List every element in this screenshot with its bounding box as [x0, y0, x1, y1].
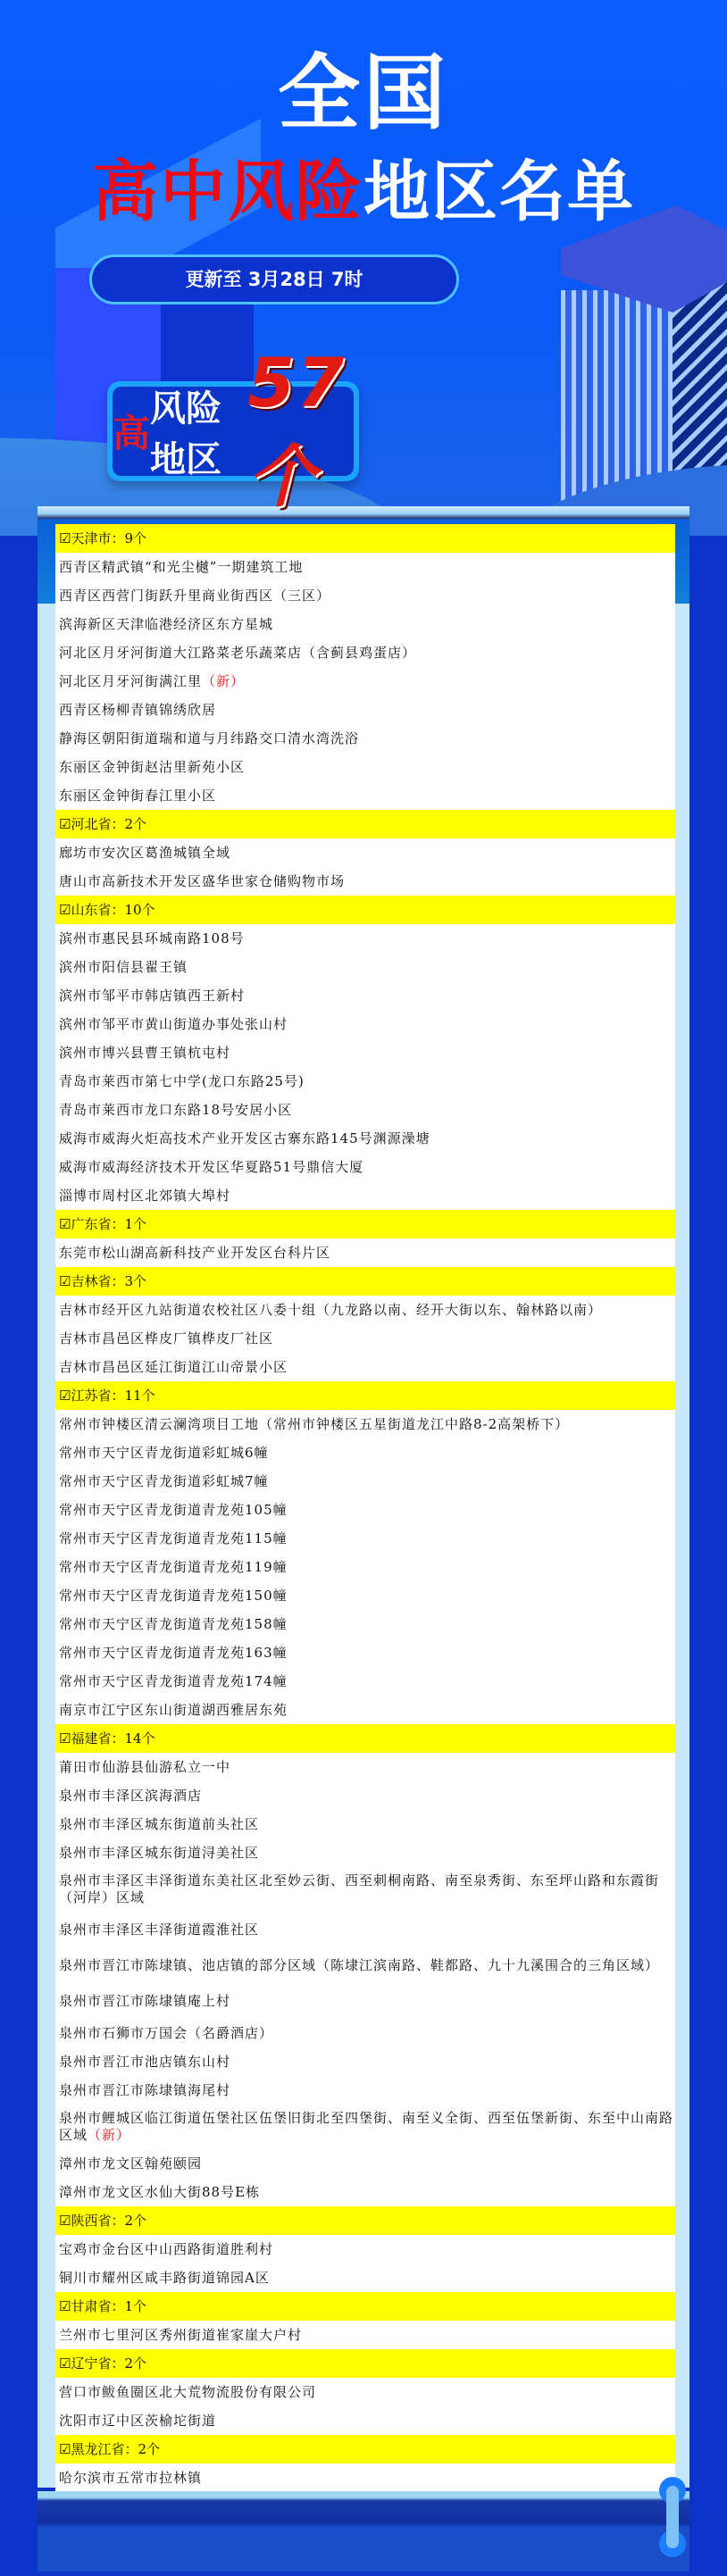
page-title-line1: 全国: [0, 45, 727, 143]
list-item: 东莞市松山湖高新科技产业开发区台科片区: [55, 1238, 675, 1267]
list-item: 漳州市龙文区翰苑颐园: [55, 2149, 675, 2178]
province-header: ☑辽宁省：2个: [55, 2349, 675, 2378]
list-item: 常州市天宁区青龙街道青龙苑158幢: [55, 1610, 675, 1638]
area-name: 沈阳市辽中区茨榆坨街道: [59, 2413, 216, 2429]
area-name: 河北区月牙河街满江里: [59, 673, 202, 689]
checkbox-icon: ☑: [59, 2213, 71, 2229]
checkbox-icon: ☑: [59, 1388, 71, 1404]
list-item: 泉州市晋江市陈埭镇、池店镇的部分区域（陈埭江滨南路、鞋都路、九十九溪围合的三角区…: [55, 1947, 675, 1983]
province-header-label: 甘肃省：1个: [71, 2298, 146, 2314]
province-header-label: 广东省：1个: [71, 1216, 146, 1232]
checkbox-icon: ☑: [59, 1730, 71, 1747]
list-item: 常州市天宁区青龙街道青龙苑119幢: [55, 1553, 675, 1581]
list-item: 河北区月牙河街道大江路菜老乐蔬菜店（含蓟县鸡蛋店）: [55, 638, 675, 667]
list-item: 常州市天宁区青龙街道青龙苑115幢: [55, 1524, 675, 1553]
province-header: ☑甘肃省：1个: [55, 2292, 675, 2321]
badge-inner: 高风险地区57个: [113, 387, 354, 476]
area-name: 泉州市晋江市陈埭镇、池店镇的部分区域（陈埭江滨南路、鞋都路、九十九溪围合的三角区…: [59, 1957, 659, 1973]
list-item: 廊坊市安次区葛渔城镇全域: [55, 838, 675, 867]
checkbox-icon: ☑: [59, 530, 71, 546]
list-item: 常州市天宁区青龙街道青龙苑163幢: [55, 1638, 675, 1667]
area-name: 常州市天宁区青龙街道青龙苑163幢: [59, 1645, 288, 1661]
province-header: ☑山东省：10个: [55, 896, 675, 924]
list-item: 吉林市昌邑区桦皮厂镇桦皮厂社区: [55, 1324, 675, 1353]
area-name: 泉州市丰泽区城东街道浔美社区: [59, 1845, 259, 1861]
area-name: 东丽区金钟街春江里小区: [59, 788, 216, 804]
area-name: 常州市天宁区青龙街道青龙苑158幢: [59, 1616, 288, 1632]
list-item: 吉林市昌邑区延江街道江山帝景小区: [55, 1353, 675, 1381]
list-item: 泉州市晋江市陈埭镇庵上村: [55, 1983, 675, 2019]
area-name: 滨州市邹平市黄山街道办事处张山村: [59, 1016, 288, 1032]
list-item: 常州市天宁区青龙街道青龙苑174幢: [55, 1667, 675, 1696]
area-name: 莆田市仙游县仙游私立一中: [59, 1759, 230, 1775]
area-name: 淄博市周村区北郊镇大埠村: [59, 1188, 230, 1204]
list-item: 泉州市晋江市池店镇东山村: [55, 2047, 675, 2076]
area-name: 常州市天宁区青龙街道青龙苑174幢: [59, 1673, 288, 1689]
list-item: 泉州市石狮市万国会（名爵酒店）: [55, 2019, 675, 2047]
area-name: 漳州市龙文区水仙大街88号E栋: [59, 2184, 260, 2200]
list-item: 沈阳市辽中区茨榆坨街道: [55, 2406, 675, 2435]
badge-count: 57个: [247, 343, 354, 520]
list-item: 泉州市丰泽区滨海酒店: [55, 1781, 675, 1810]
area-name: 泉州市晋江市池店镇东山村: [59, 2054, 230, 2070]
area-name: 常州市钟楼区清云澜湾项目工地（常州市钟楼区五星街道龙江中路8-2高架桥下）: [59, 1416, 569, 1432]
list-item: 西青区精武镇“和光尘樾”一期建筑工地: [55, 553, 675, 581]
province-header: ☑河北省：2个: [55, 810, 675, 838]
area-name: 西青区杨柳青镇锦绣欣居: [59, 702, 216, 718]
list-item: 宝鸡市金台区中山西路街道胜利村: [55, 2235, 675, 2263]
area-name: 泉州市丰泽区丰泽街道东美社区北至妙云街、西至刺桐南路、南至泉秀街、东至坪山路和东…: [59, 1872, 659, 1905]
province-header: ☑福建省：14个: [55, 1724, 675, 1753]
list-item: 青岛市莱西市第七中学(龙口东路25号): [55, 1067, 675, 1096]
checkbox-icon: ☑: [59, 1273, 71, 1289]
list-item: 东丽区金钟街赵沽里新苑小区: [55, 753, 675, 781]
area-name: 泉州市丰泽区滨海酒店: [59, 1788, 202, 1804]
area-name: 西青区精武镇“和光尘樾”一期建筑工地: [59, 559, 303, 575]
province-header-label: 吉林省：3个: [71, 1273, 146, 1289]
area-name: 泉州市丰泽区城东街道前头社区: [59, 1816, 259, 1832]
province-header-label: 福建省：14个: [71, 1730, 155, 1747]
list-item: 常州市天宁区青龙街道青龙苑150幢: [55, 1581, 675, 1610]
area-name: 泉州市晋江市陈埭镇海尾村: [59, 2082, 230, 2098]
list-item: 滨州市邹平市韩店镇西王新村: [55, 981, 675, 1010]
checkbox-icon: ☑: [59, 1216, 71, 1232]
area-name: 常州市天宁区青龙街道青龙苑150幢: [59, 1588, 288, 1604]
area-name: 吉林市经开区九站街道农校社区八委十组（九龙路以南、经开大街以东、翰林路以南）: [59, 1302, 602, 1318]
area-name: 吉林市昌邑区延江街道江山帝景小区: [59, 1359, 288, 1375]
list-item: 东丽区金钟街春江里小区: [55, 781, 675, 810]
update-time-badge: 更新至 3月28日 7时: [89, 254, 459, 304]
province-header-label: 天津市：9个: [71, 530, 146, 546]
area-name: 西青区西营门街跃升里商业街西区（三区）: [59, 588, 330, 604]
list-item: 西青区西营门街跃升里商业街西区（三区）: [55, 581, 675, 610]
list-item: 常州市钟楼区清云澜湾项目工地（常州市钟楼区五星街道龙江中路8-2高架桥下）: [55, 1410, 675, 1438]
list-item: 唐山市高新技术开发区盛华世家仓储购物市场: [55, 867, 675, 896]
list-item: 漳州市龙文区水仙大街88号E栋: [55, 2178, 675, 2206]
area-name: 宝鸡市金台区中山西路街道胜利村: [59, 2241, 273, 2257]
province-header: ☑天津市：9个: [55, 524, 675, 553]
list-item: 滨州市博兴县曹王镇杭屯村: [55, 1038, 675, 1067]
list-item: 南京市江宁区东山街道湖西雅居东苑: [55, 1696, 675, 1724]
list-item: 威海市威海经济技术开发区华夏路51号鼎信大厦: [55, 1153, 675, 1181]
area-name: 唐山市高新技术开发区盛华世家仓储购物市场: [59, 873, 345, 889]
risk-area-list: ☑天津市：9个西青区精武镇“和光尘樾”一期建筑工地西青区西营门街跃升里商业街西区…: [55, 524, 675, 2521]
list-item: 泉州市丰泽区丰泽街道霞淮社区: [55, 1912, 675, 1947]
list-item: 泉州市丰泽区丰泽街道东美社区北至妙云街、西至刺桐南路、南至泉秀街、东至坪山路和东…: [55, 1867, 675, 1912]
area-name: 常州市天宁区青龙街道彩虹城6幢: [59, 1445, 269, 1461]
area-name: 威海市威海火炬高技术产业开发区古寨东路145号渊源澡塘: [59, 1130, 430, 1146]
area-name: 威海市威海经济技术开发区华夏路51号鼎信大厦: [59, 1159, 363, 1175]
page-title-line2: 高中风险地区名单: [0, 152, 727, 232]
checkbox-icon: ☑: [59, 902, 71, 918]
list-item: 静海区朝阳街道瑞和道与月纬路交口清水湾洗浴: [55, 724, 675, 753]
scroll-handle-bar[interactable]: [666, 2486, 679, 2548]
list-item: 常州市天宁区青龙街道彩虹城6幢: [55, 1438, 675, 1467]
list-item: 滨海新区天津临港经济区东方星城: [55, 610, 675, 638]
area-name: 常州市天宁区青龙街道彩虹城7幢: [59, 1473, 269, 1489]
province-header-label: 河北省：2个: [71, 816, 146, 832]
province-header: ☑陕西省：2个: [55, 2206, 675, 2235]
new-tag: （新）: [88, 2127, 130, 2143]
province-header: ☑吉林省：3个: [55, 1267, 675, 1296]
area-name: 青岛市莱西市龙口东路18号安居小区: [59, 1102, 292, 1118]
list-item: 营口市鲅鱼圈区北大荒物流股份有限公司: [55, 2378, 675, 2406]
area-name: 常州市天宁区青龙街道青龙苑105幢: [59, 1502, 288, 1518]
area-name: 青岛市莱西市第七中学(龙口东路25号): [59, 1073, 305, 1089]
province-header-label: 山东省：10个: [71, 902, 155, 918]
area-name: 东莞市松山湖高新科技产业开发区台科片区: [59, 1245, 330, 1261]
list-item: 常州市天宁区青龙街道彩虹城7幢: [55, 1467, 675, 1496]
area-name: 滨州市博兴县曹王镇杭屯村: [59, 1045, 230, 1061]
province-header: ☑广东省：1个: [55, 1210, 675, 1238]
area-name: 泉州市丰泽区丰泽街道霞淮社区: [59, 1922, 259, 1938]
area-name: 铜川市耀州区咸丰路街道锦园A区: [59, 2270, 270, 2286]
area-name: 常州市天宁区青龙街道青龙苑119幢: [59, 1559, 288, 1575]
area-name: 滨州市阳信县翟王镇: [59, 959, 188, 975]
list-item: 泉州市晋江市陈埭镇海尾村: [55, 2076, 675, 2105]
list-item: 吉林市经开区九站街道农校社区八委十组（九龙路以南、经开大街以东、翰林路以南）: [55, 1296, 675, 1324]
area-name: 泉州市鲤城区临江街道伍堡社区伍堡旧街北至四堡街、南至义全街、西至伍堡新街、东至中…: [59, 2110, 673, 2143]
province-header-label: 陕西省：2个: [71, 2213, 146, 2229]
badge-label: 风险地区: [150, 380, 240, 482]
area-name: 漳州市龙文区翰苑颐园: [59, 2155, 202, 2172]
list-item: 泉州市丰泽区城东街道浔美社区: [55, 1838, 675, 1867]
area-name: 滨海新区天津临港经济区东方星城: [59, 616, 273, 632]
area-name: 南京市江宁区东山街道湖西雅居东苑: [59, 1702, 288, 1718]
area-name: 哈尔滨市五常市拉林镇: [59, 2470, 202, 2486]
scroll-handle[interactable]: [659, 2477, 686, 2557]
list-item: 铜川市耀州区咸丰路街道锦园A区: [55, 2263, 675, 2292]
list-item: 泉州市鲤城区临江街道伍堡社区伍堡旧街北至四堡街、南至义全街、西至伍堡新街、东至中…: [55, 2105, 675, 2149]
area-name: 吉林市昌邑区桦皮厂镇桦皮厂社区: [59, 1330, 273, 1346]
list-item: 青岛市莱西市龙口东路18号安居小区: [55, 1096, 675, 1124]
area-name: 滨州市邹平市韩店镇西王新村: [59, 988, 245, 1004]
checkbox-icon: ☑: [59, 2298, 71, 2314]
list-item: 泉州市丰泽区城东街道前头社区: [55, 1810, 675, 1838]
list-item: 淄博市周村区北郊镇大埠村: [55, 1181, 675, 1210]
checkbox-icon: ☑: [59, 2355, 71, 2372]
list-item: 威海市威海火炬高技术产业开发区古寨东路145号渊源澡塘: [55, 1124, 675, 1153]
area-name: 滨州市惠民县环城南路108号: [59, 930, 245, 946]
title-rest: 地区名单: [363, 154, 635, 230]
list-item: 哈尔滨市五常市拉林镇: [55, 2463, 675, 2492]
new-tag: （新）: [202, 673, 245, 689]
province-header: ☑黑龙江省：2个: [55, 2435, 675, 2463]
province-header: ☑江苏省：11个: [55, 1381, 675, 1410]
area-name: 兰州市七里河区秀州街道崔家崖大户村: [59, 2327, 302, 2343]
area-name: 常州市天宁区青龙街道青龙苑115幢: [59, 1530, 288, 1546]
list-item: 莆田市仙游县仙游私立一中: [55, 1753, 675, 1781]
area-name: 东丽区金钟街赵沽里新苑小区: [59, 759, 245, 775]
area-name: 静海区朝阳街道瑞和道与月纬路交口清水湾洗浴: [59, 730, 359, 746]
list-item: 滨州市惠民县环城南路108号: [55, 924, 675, 953]
high-risk-count-badge: 高风险地区57个: [107, 381, 359, 481]
area-name: 泉州市石狮市万国会（名爵酒店）: [59, 2025, 273, 2041]
province-header-label: 江苏省：11个: [71, 1388, 155, 1404]
province-header-label: 辽宁省：2个: [71, 2355, 146, 2372]
panel-bottom-band: [38, 2491, 689, 2572]
area-name: 河北区月牙河街道大江路菜老乐蔬菜店（含蓟县鸡蛋店）: [59, 645, 416, 661]
list-item: 常州市天宁区青龙街道青龙苑105幢: [55, 1496, 675, 1524]
list-item: 兰州市七里河区秀州街道崔家崖大户村: [55, 2321, 675, 2349]
area-name: 廊坊市安次区葛渔城镇全域: [59, 845, 230, 861]
checkbox-icon: ☑: [59, 816, 71, 832]
panel-top-rail: [38, 506, 689, 519]
checkbox-icon: ☑: [59, 2441, 71, 2457]
list-item: 滨州市阳信县翟王镇: [55, 953, 675, 981]
list-item: 滨州市邹平市黄山街道办事处张山村: [55, 1010, 675, 1038]
province-header-label: 黑龙江省：2个: [71, 2441, 160, 2457]
title-highlight: 高中风险: [92, 154, 363, 230]
list-item: 河北区月牙河街满江里（新）: [55, 667, 675, 696]
area-name: 泉州市晋江市陈埭镇庵上村: [59, 1993, 230, 2009]
badge-label-red: 高: [113, 404, 150, 458]
list-item: 西青区杨柳青镇锦绣欣居: [55, 696, 675, 724]
area-name: 营口市鲅鱼圈区北大荒物流股份有限公司: [59, 2384, 316, 2400]
